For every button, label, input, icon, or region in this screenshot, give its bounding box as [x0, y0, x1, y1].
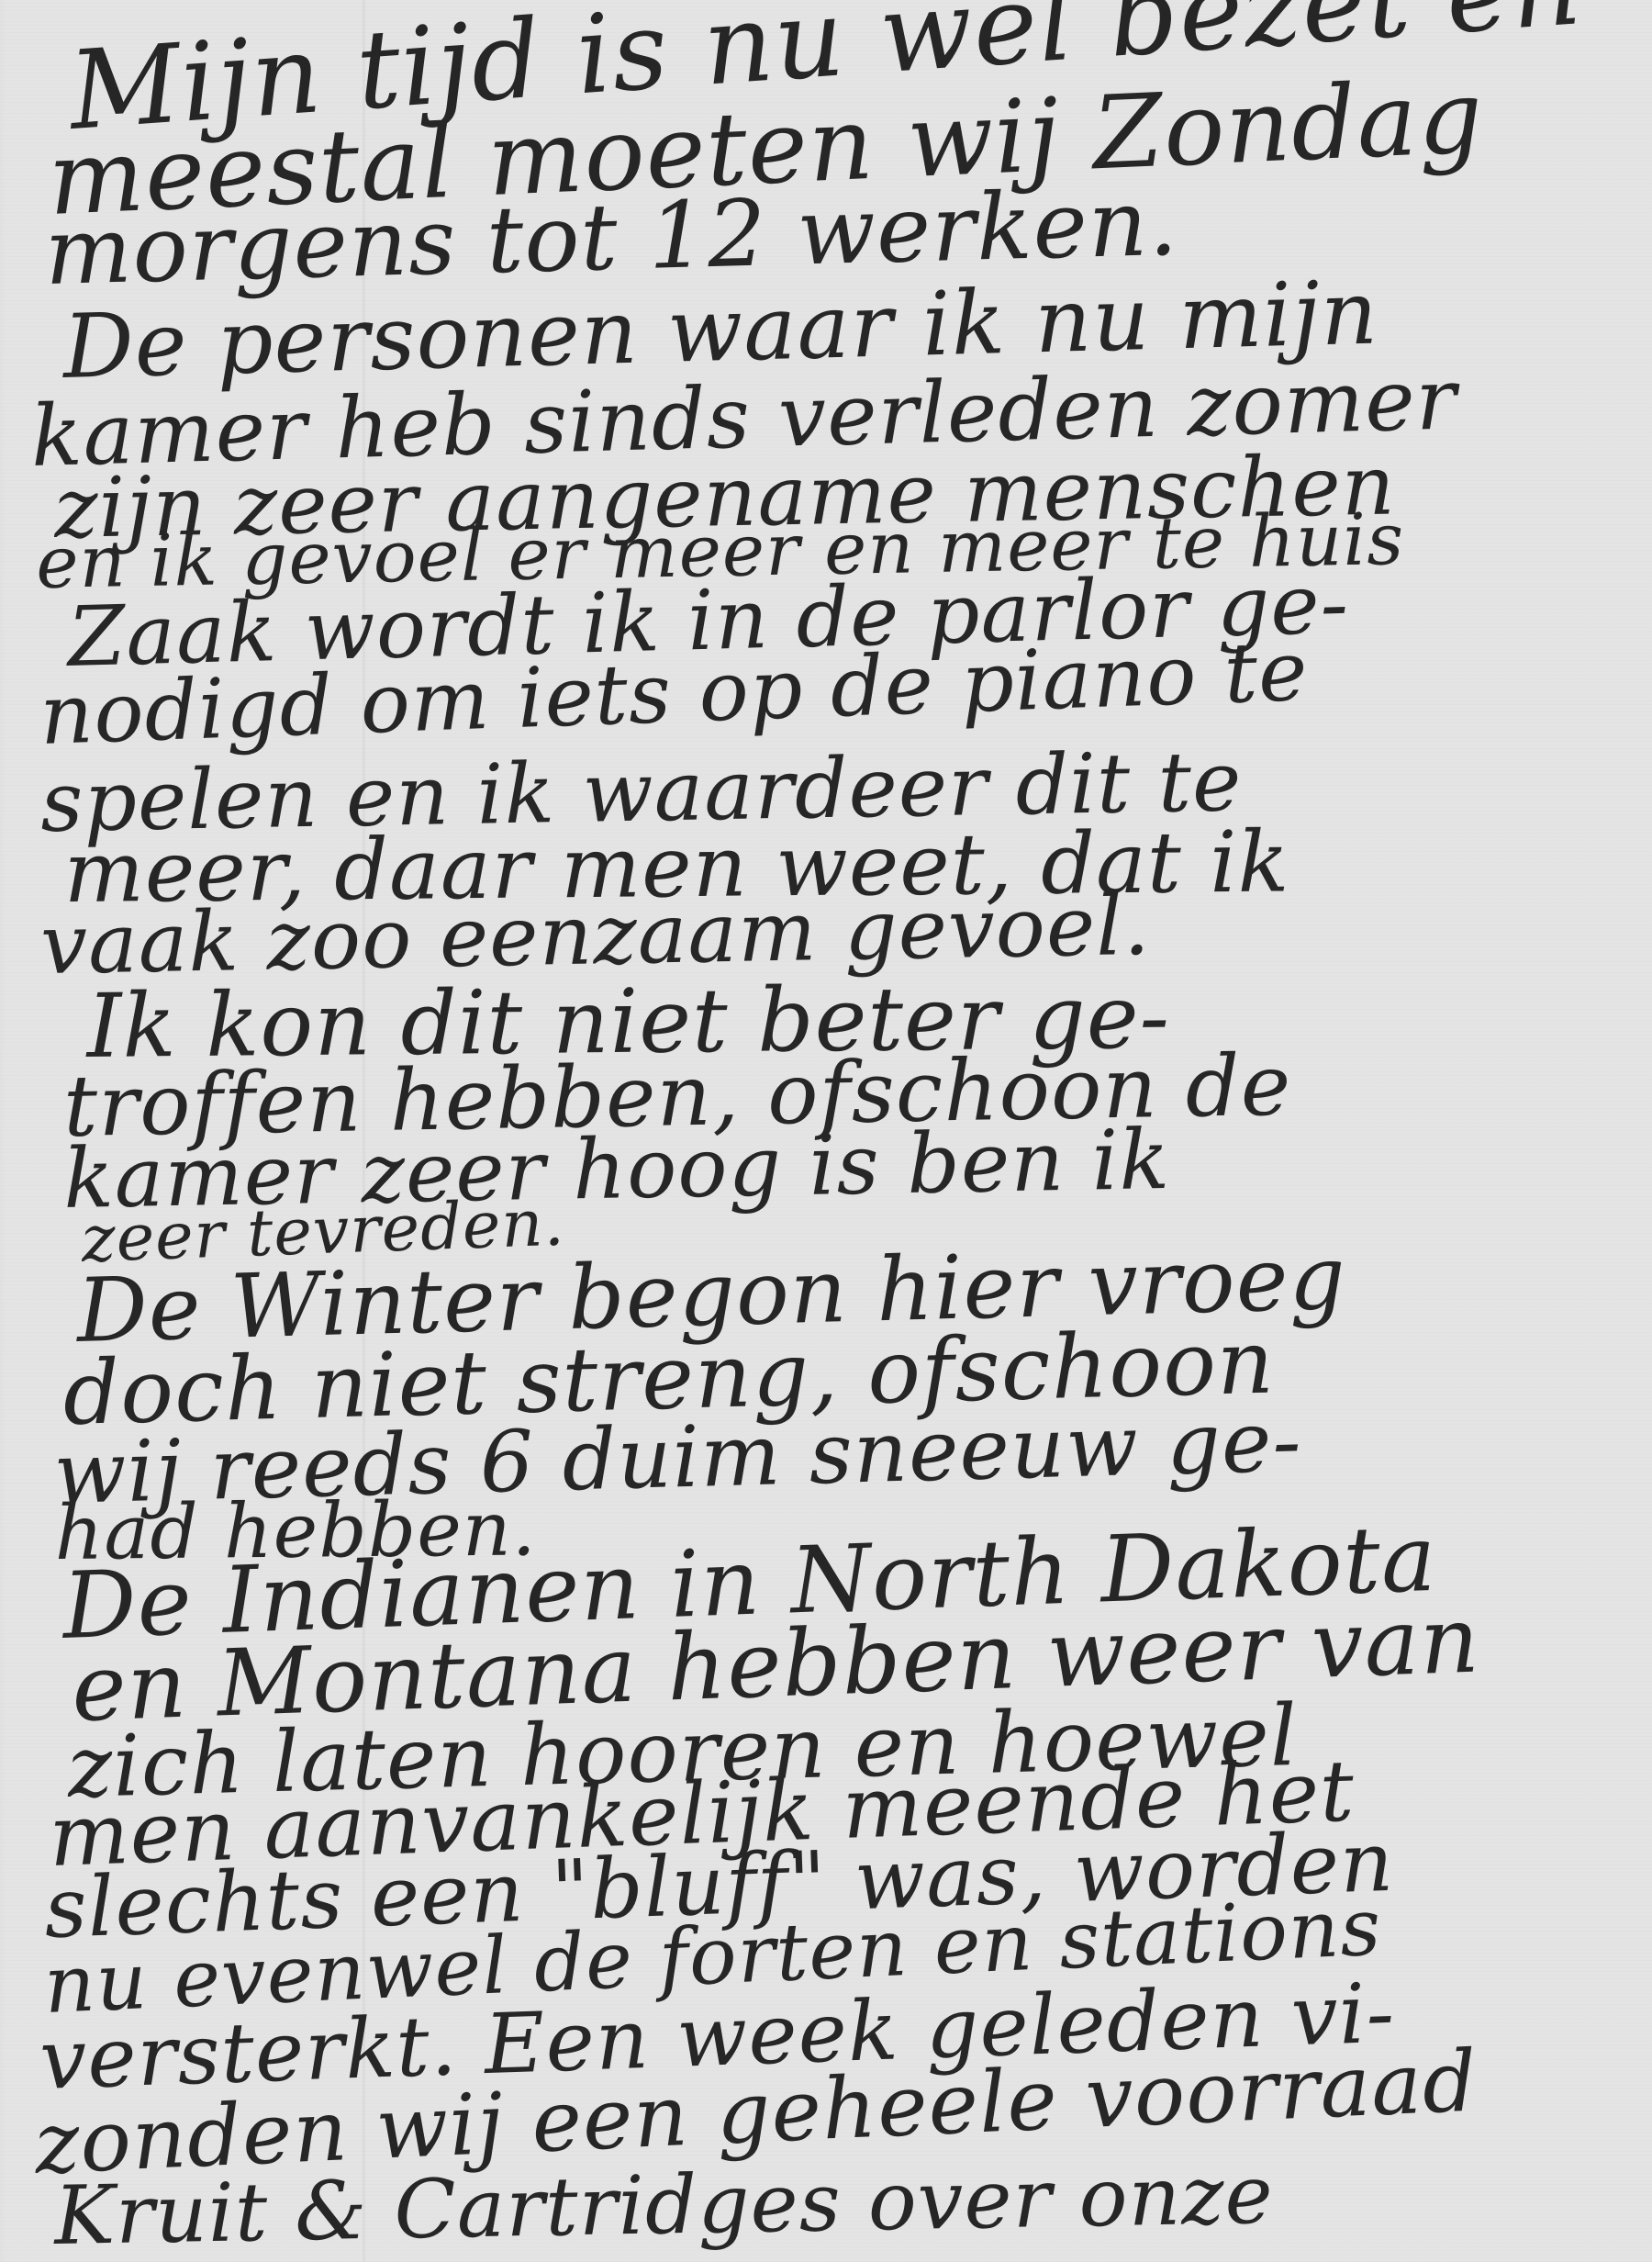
- handwritten-line: Kruit & Cartridges over onze: [53, 2155, 1274, 2256]
- letter-page: Mijn tijd is nu wel bezet en meestal moe…: [0, 0, 1652, 2262]
